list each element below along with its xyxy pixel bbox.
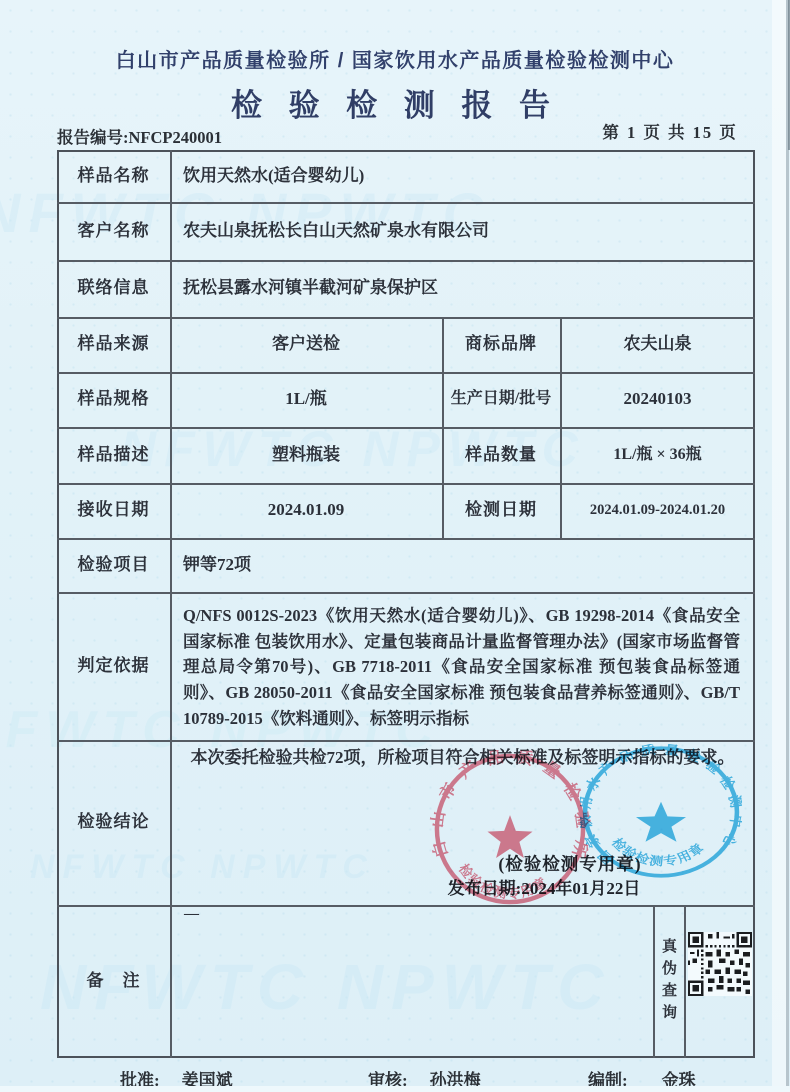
label-sample-desc: 样品描述 (57, 427, 170, 483)
stamp-bottom-text: 检验检测专用章 (608, 835, 706, 868)
verify-label: 真伪查询 (658, 938, 679, 1026)
label-customer-name: 客户名称 (57, 202, 170, 260)
value-sample-desc: 塑料瓶装 (170, 427, 442, 483)
stamp-star-icon (487, 815, 532, 858)
blue-official-stamp: 国家饮用水产品质量检验检测中心 检验检测专用章 (580, 744, 742, 880)
value-sample-qty: 1L/瓶 × 36瓶 (560, 427, 755, 483)
value-sample-name: 饮用天然水(适合婴幼儿) (170, 150, 755, 202)
label-production-date: 生产日期/批号 (442, 372, 560, 427)
value-brand: 农夫山泉 (560, 317, 755, 372)
page-indicator: 第 1 页 共 15 页 (585, 119, 755, 143)
label-contact-info: 联络信息 (57, 260, 170, 317)
label-conclusion: 检验结论 (57, 740, 170, 905)
verification-qr-code (688, 928, 752, 1000)
report-number: 报告编号:NFCP240001 (57, 124, 222, 148)
value-test-items: 钾等72项 (170, 538, 755, 592)
label-sample-source: 样品来源 (57, 317, 170, 372)
label-brand: 商标品牌 (442, 317, 560, 372)
label-sample-name: 样品名称 (57, 150, 170, 202)
value-sample-spec: 1L/瓶 (170, 372, 442, 427)
grid-line (684, 905, 686, 1058)
organization-name: 白山市产品质量检验所 / 国家饮用水产品质量检验检测中心 (0, 44, 790, 73)
photo-edge (0, 1086, 790, 1092)
remark-dash: — (184, 906, 199, 923)
label-judgment-basis: 判定依据 (57, 592, 170, 740)
value-receive-date: 2024.01.09 (170, 483, 442, 538)
label-test-date: 检测日期 (442, 483, 560, 538)
stamp-star-icon (636, 802, 686, 842)
value-contact-info: 抚松县露水河镇半截河矿泉保护区 (170, 260, 755, 317)
label-remark: 备 注 (57, 905, 170, 1058)
value-production-date: 20240103 (560, 372, 755, 427)
photo-edge (772, 0, 787, 1092)
label-receive-date: 接收日期 (57, 483, 170, 538)
red-official-stamp: 白山市产品质量检验所 检验检测专用章 (428, 750, 592, 908)
verify-column: 真伪查询 (653, 905, 684, 1058)
label-test-items: 检验项目 (57, 538, 170, 592)
value-judgment-basis: Q/NFS 0012S-2023《饮用天然水(适合婴幼儿)》、GB 19298-… (170, 592, 755, 740)
label-sample-qty: 样品数量 (442, 427, 560, 483)
report-number-value: NFCP240001 (129, 128, 223, 147)
value-customer-name: 农夫山泉抚松长白山天然矿泉水有限公司 (170, 202, 755, 260)
photo-edge (786, 0, 789, 1092)
value-test-date: 2024.01.09-2024.01.20 (560, 483, 755, 538)
value-sample-source: 客户送检 (170, 317, 442, 372)
label-sample-spec: 样品规格 (57, 372, 170, 427)
report-page: NFWTC NPWTC NFWTC NPWTC NFWTC NPWTC NFWT… (0, 0, 790, 1092)
report-number-label: 报告编号: (57, 128, 129, 147)
